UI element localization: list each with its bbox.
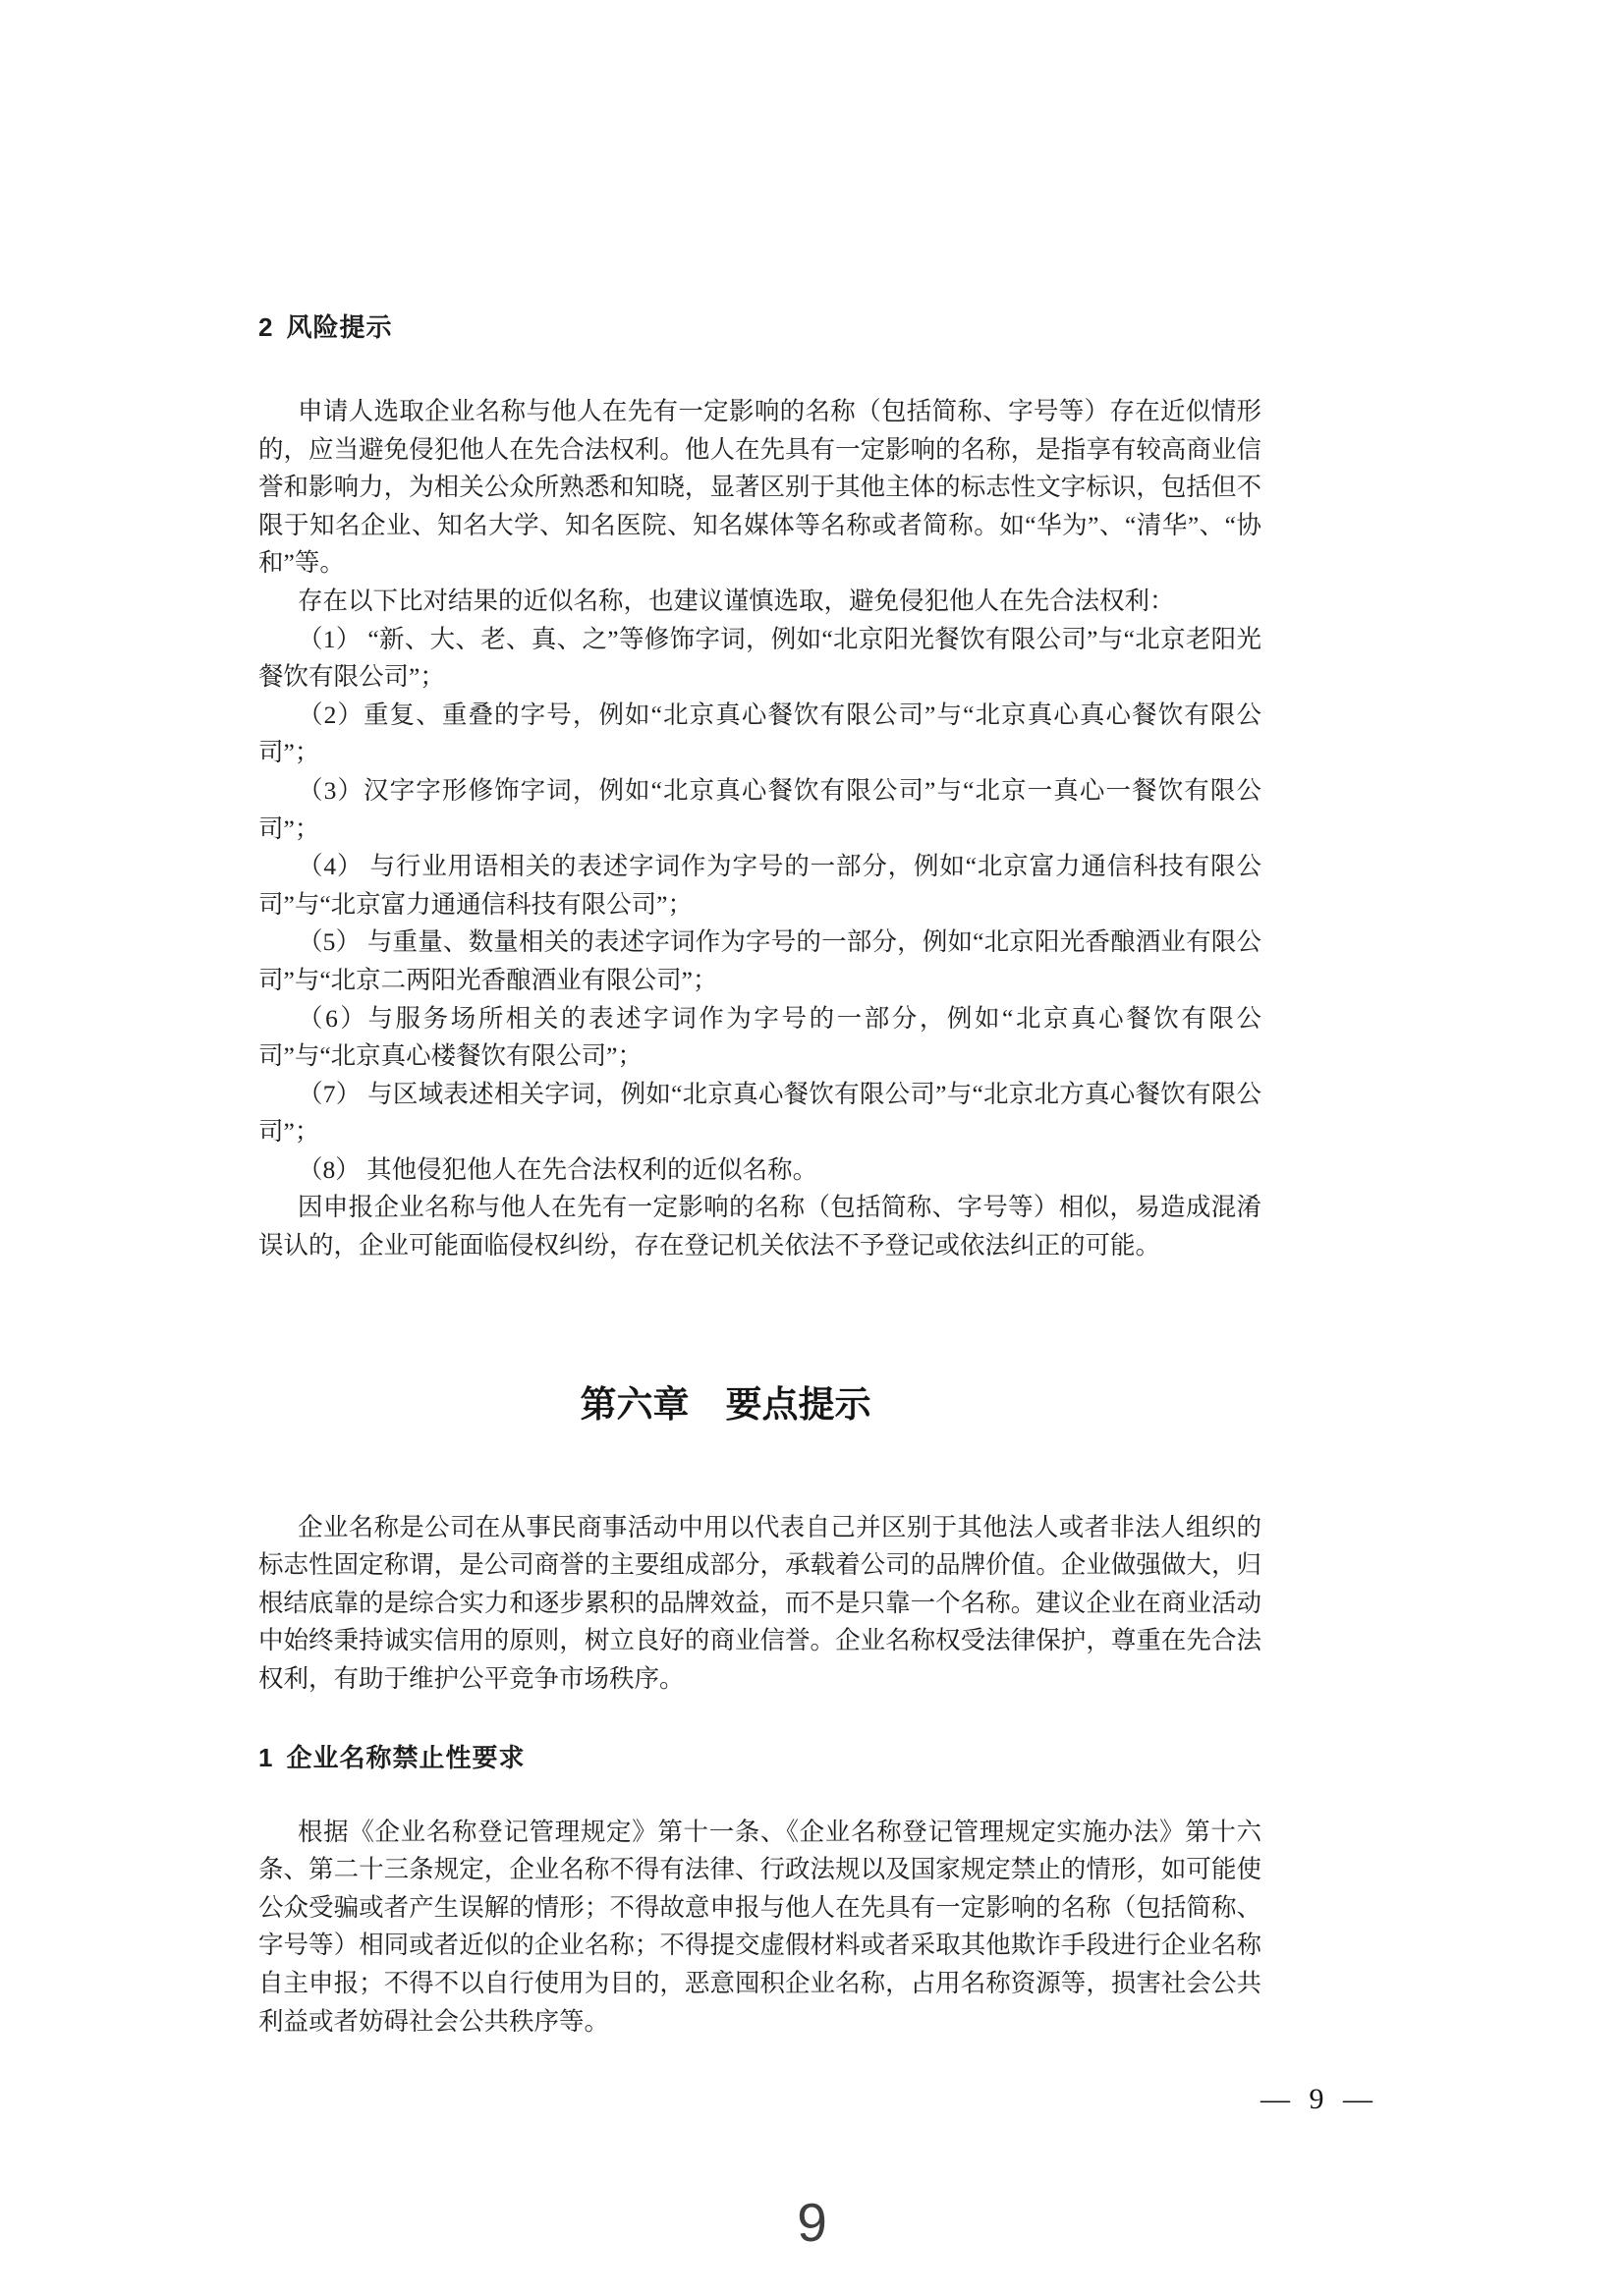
page-number: — 9 — [1260,2083,1378,2116]
bottom-page-number: 9 [0,2194,1624,2251]
paragraph-risk-closing: 因申报企业名称与他人在先有一定影响的名称（包括简称、字号等）相似，易造成混淆误认… [258,1189,1261,1264]
section-heading-prohibition: 1企业名称禁止性要求 [258,1741,1261,1774]
section-title: 企业名称禁止性要求 [286,1743,525,1772]
list-item-6: （6）与服务场所相关的表述字词作为字号的一部分，例如“北京真心餐饮有限公司”与“… [258,1000,1261,1076]
paragraph-compare-intro: 存在以下比对结果的近似名称，也建议谨慎选取，避免侵犯他人在先合法权利： [258,583,1261,621]
section-number: 2 [258,310,272,344]
paragraph-chapter-intro: 企业名称是公司在从事民商事活动中用以代表自己并区别于其他法人或者非法人组织的标志… [258,1509,1261,1699]
list-item-2: （2）重复、重叠的字号，例如“北京真心餐饮有限公司”与“北京真心真心餐饮有限公司… [258,697,1261,772]
list-item-7: （7） 与区域表述相关字词，例如“北京真心餐饮有限公司”与“北京北方真心餐饮有限… [258,1076,1261,1151]
list-item-3: （3）汉字字形修饰字词，例如“北京真心餐饮有限公司”与“北京一真心一餐饮有限公司… [258,772,1261,848]
document-page: 2风险提示 申请人选取企业名称与他人在先有一定影响的名称（包括简称、字号等）存在… [0,0,1624,2296]
paragraph-prohibition: 根据《企业名称登记管理规定》第十一条、《企业名称登记管理规定实施办法》第十六条、… [258,1814,1261,2042]
chapter-heading: 第六章 要点提示 [224,1381,1227,1430]
list-item-8: （8） 其他侵犯他人在先合法权利的近似名称。 [258,1151,1261,1190]
list-item-5: （5） 与重量、数量相关的表述字词作为字号的一部分，例如“北京阳光香酿酒业有限公… [258,924,1261,999]
page-content: 2风险提示 申请人选取企业名称与他人在先有一定影响的名称（包括简称、字号等）存在… [258,310,1261,2041]
list-item-1: （1） “新、大、老、真、之”等修饰字词，例如“北京阳光餐饮有限公司”与“北京老… [258,621,1261,697]
section-number: 1 [258,1741,272,1774]
section-heading-risk: 2风险提示 [258,310,1261,344]
section-title: 风险提示 [286,312,392,342]
paragraph-risk-intro: 申请人选取企业名称与他人在先有一定影响的名称（包括简称、字号等）存在近似情形的，… [258,393,1261,583]
list-item-4: （4） 与行业用语相关的表述字词作为字号的一部分，例如“北京富力通信科技有限公司… [258,848,1261,924]
